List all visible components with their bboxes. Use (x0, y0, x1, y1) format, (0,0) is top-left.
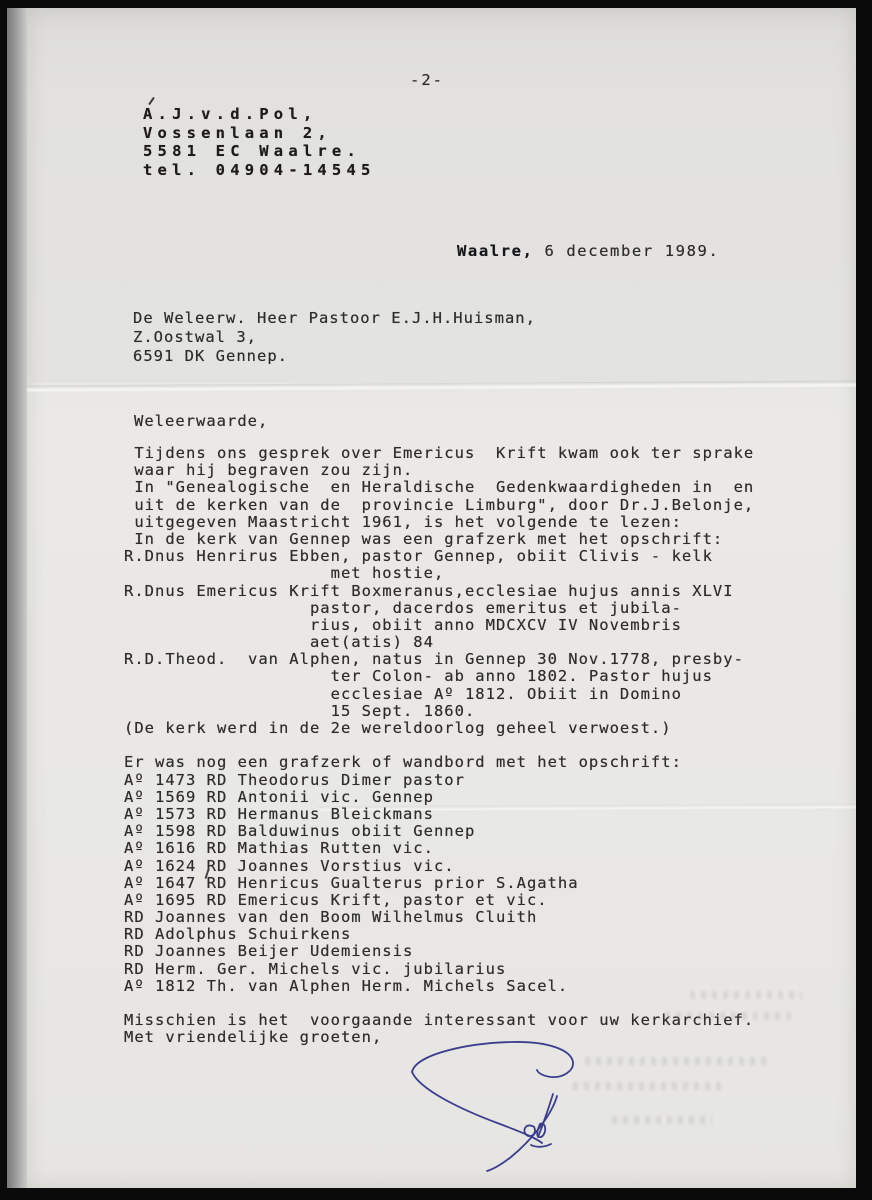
salutation: Weleerwaarde, (134, 412, 268, 430)
dateline-date: 6 december 1989. (534, 242, 720, 260)
handwritten-signature (390, 1036, 710, 1196)
fold-crease-upper (27, 380, 856, 393)
dateline-place: Waalre, (457, 242, 534, 260)
recipient-address-block: De Weleerw. Heer Pastoor E.J.H.Huisman,Z… (133, 309, 536, 365)
bleedthrough-artifact (665, 1012, 795, 1020)
dateline: Waalre, 6 december 1989. (457, 242, 719, 260)
scanned-letter-page: { "document": { "page_number": "-2-", "s… (0, 0, 872, 1200)
letter-paper: -2- A.J.v.d.Pol,Vossenlaan 2,5581 EC Waa… (27, 8, 856, 1188)
sender-address-block: A.J.v.d.Pol,Vossenlaan 2,5581 EC Waalre.… (143, 105, 376, 179)
scanner-bed-strip (7, 8, 27, 1188)
page-number: -2- (410, 71, 444, 89)
bleedthrough-artifact (690, 991, 802, 999)
stray-ink-mark (148, 97, 155, 106)
letter-body: Tijdens ons gesprek over Emericus Krift … (124, 445, 754, 1047)
